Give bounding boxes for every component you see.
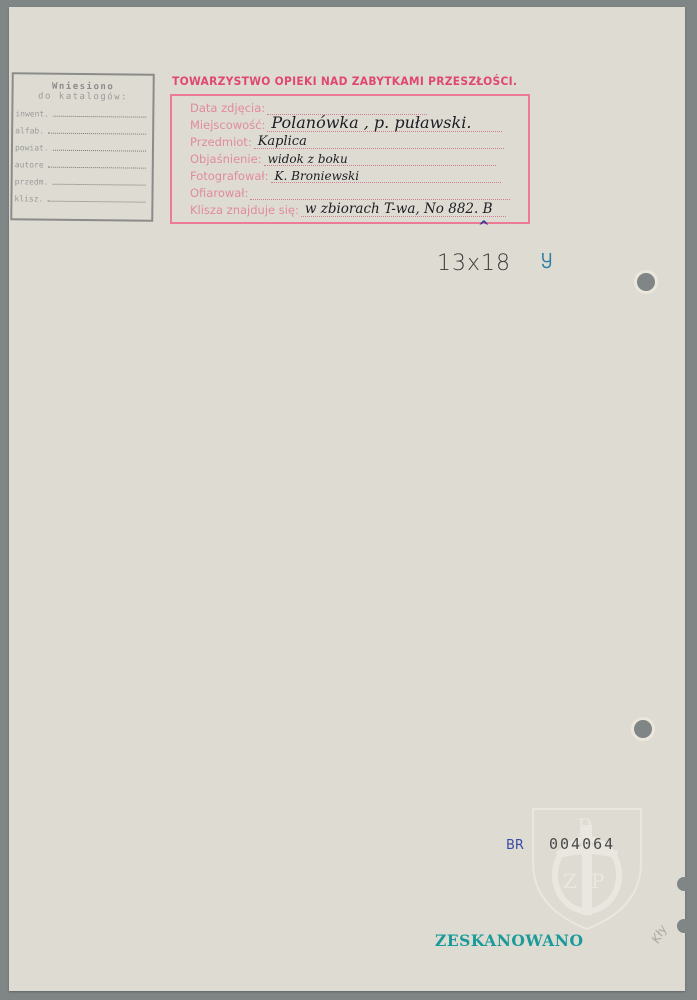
society-stamp: Data zdjęcia: Miejscowość: Polanówka , p…: [170, 94, 530, 224]
scanned-stamp: ZESKANOWANO: [435, 931, 583, 950]
field-subject: Przedmiot: Kaplica: [190, 134, 504, 149]
svg-text:P: P: [591, 869, 604, 893]
field-photographer: Fotografował: K. Broniewski: [190, 168, 501, 183]
shield-watermark-icon: P Z P: [527, 803, 647, 933]
field-donor: Ofiarował:: [190, 185, 510, 200]
catalog-stamp: Wniesiono do katalogów: inwent. alfab. p…: [10, 72, 155, 221]
society-stamp-title: TOWARZYSTWO OPIEKI NAD ZABYTKAMI PRZESZŁ…: [172, 74, 507, 88]
catalog-row: alfab.: [13, 118, 152, 136]
punch-hole-top: [634, 270, 658, 294]
field-negative-location: Klisza znajduje się: w zbiorach T-wa, No…: [190, 202, 506, 217]
teal-handwritten-mark: Ⴘ: [541, 252, 552, 273]
br-label: BR: [506, 838, 524, 853]
blue-caret-mark: ^: [478, 219, 490, 235]
format-size-note: 13x18: [437, 251, 511, 276]
catalog-row: powiat.: [13, 135, 152, 153]
punch-hole-bottom: [631, 717, 655, 741]
inventory-number: 004064: [549, 835, 615, 853]
svg-text:Z: Z: [563, 869, 577, 893]
catalog-row: autore: [13, 152, 152, 170]
field-description: Objaśnienie: widok z boku: [190, 151, 496, 166]
catalog-row: inwent.: [13, 101, 152, 119]
field-location: Miejscowość: Polanówka , p. puławski.: [190, 117, 502, 132]
catalog-row: klisz.: [12, 186, 151, 204]
edge-notch: [677, 919, 687, 933]
edge-notch: [677, 877, 687, 891]
catalog-row: przedm.: [13, 169, 152, 187]
